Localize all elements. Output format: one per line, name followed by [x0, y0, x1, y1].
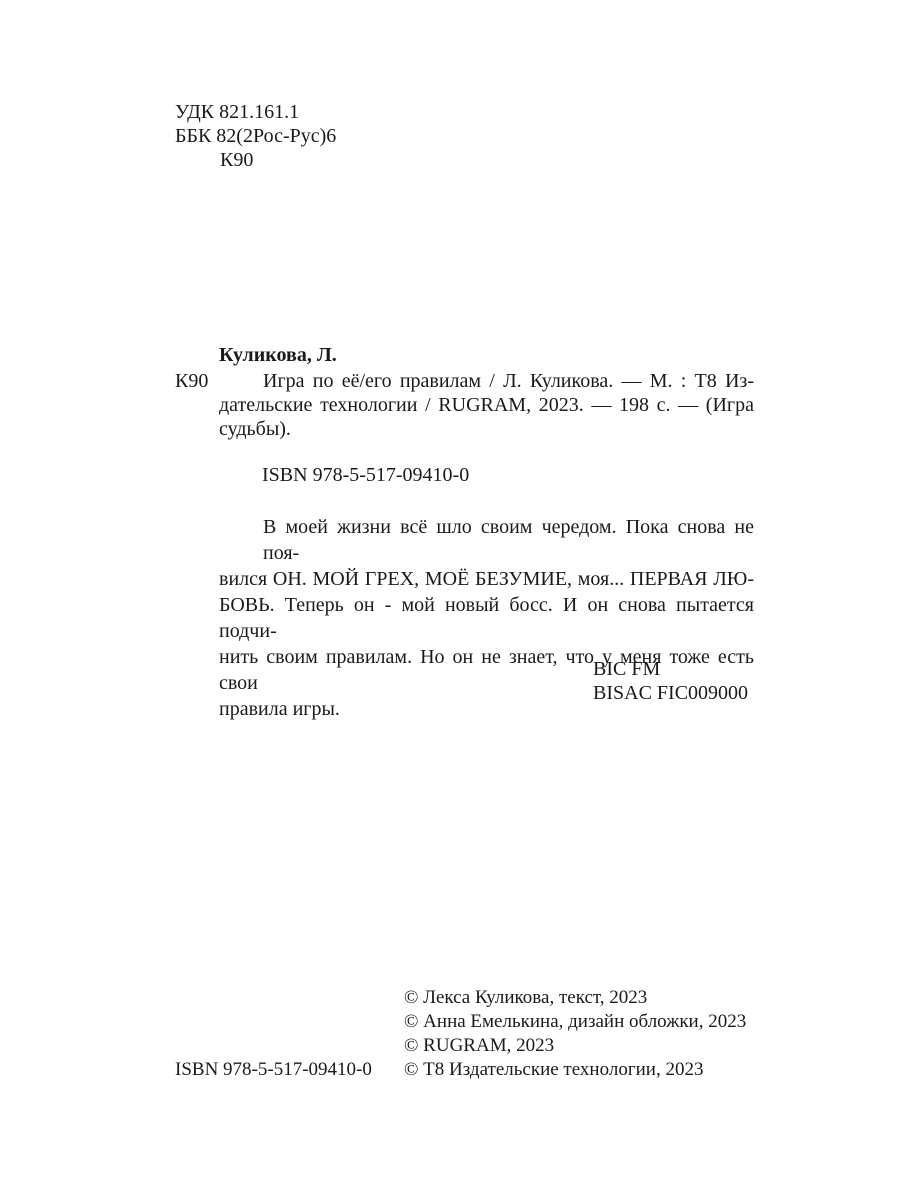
annotation-line: вился ОН. МОЙ ГРЕХ, МОЁ БЕЗУМИЕ, моя... …	[219, 566, 754, 592]
bbk-code: ББК 82(2Рос-Рус)6	[175, 124, 336, 148]
copyright-line: © RUGRAM, 2023	[404, 1034, 554, 1057]
copyright-line: © Лекса Куликова, текст, 2023	[404, 986, 647, 1009]
record-author: Куликова, Л.	[219, 343, 337, 367]
udk-code: УДК 821.161.1	[175, 100, 299, 124]
annotation-line: БОВЬ. Теперь он - мой новый босс. И он с…	[219, 592, 754, 644]
copyright-line: © Т8 Издательские технологии, 2023	[404, 1058, 703, 1081]
author-mark-top: К90	[220, 148, 253, 172]
bib-line: судьбы).	[219, 417, 754, 441]
bibliographic-description: Игра по её/его правилам / Л. Куликова. —…	[219, 369, 754, 441]
record-author-mark: К90	[175, 369, 208, 393]
bib-line: дательские технологии / RUGRAM, 2023. — …	[219, 393, 754, 417]
annotation-line: В моей жизни всё шло своим чередом. Пока…	[219, 514, 754, 566]
bic-code: BIC FM	[593, 657, 660, 681]
bisac-code: BISAC FIC009000	[593, 681, 748, 705]
bib-line: Игра по её/его правилам / Л. Куликова. —…	[219, 369, 754, 393]
footer-isbn: ISBN 978-5-517-09410-0	[175, 1058, 372, 1081]
copyright-line: © Анна Емелькина, дизайн обложки, 2023	[404, 1010, 746, 1033]
record-isbn: ISBN 978-5-517-09410-0	[262, 463, 469, 487]
